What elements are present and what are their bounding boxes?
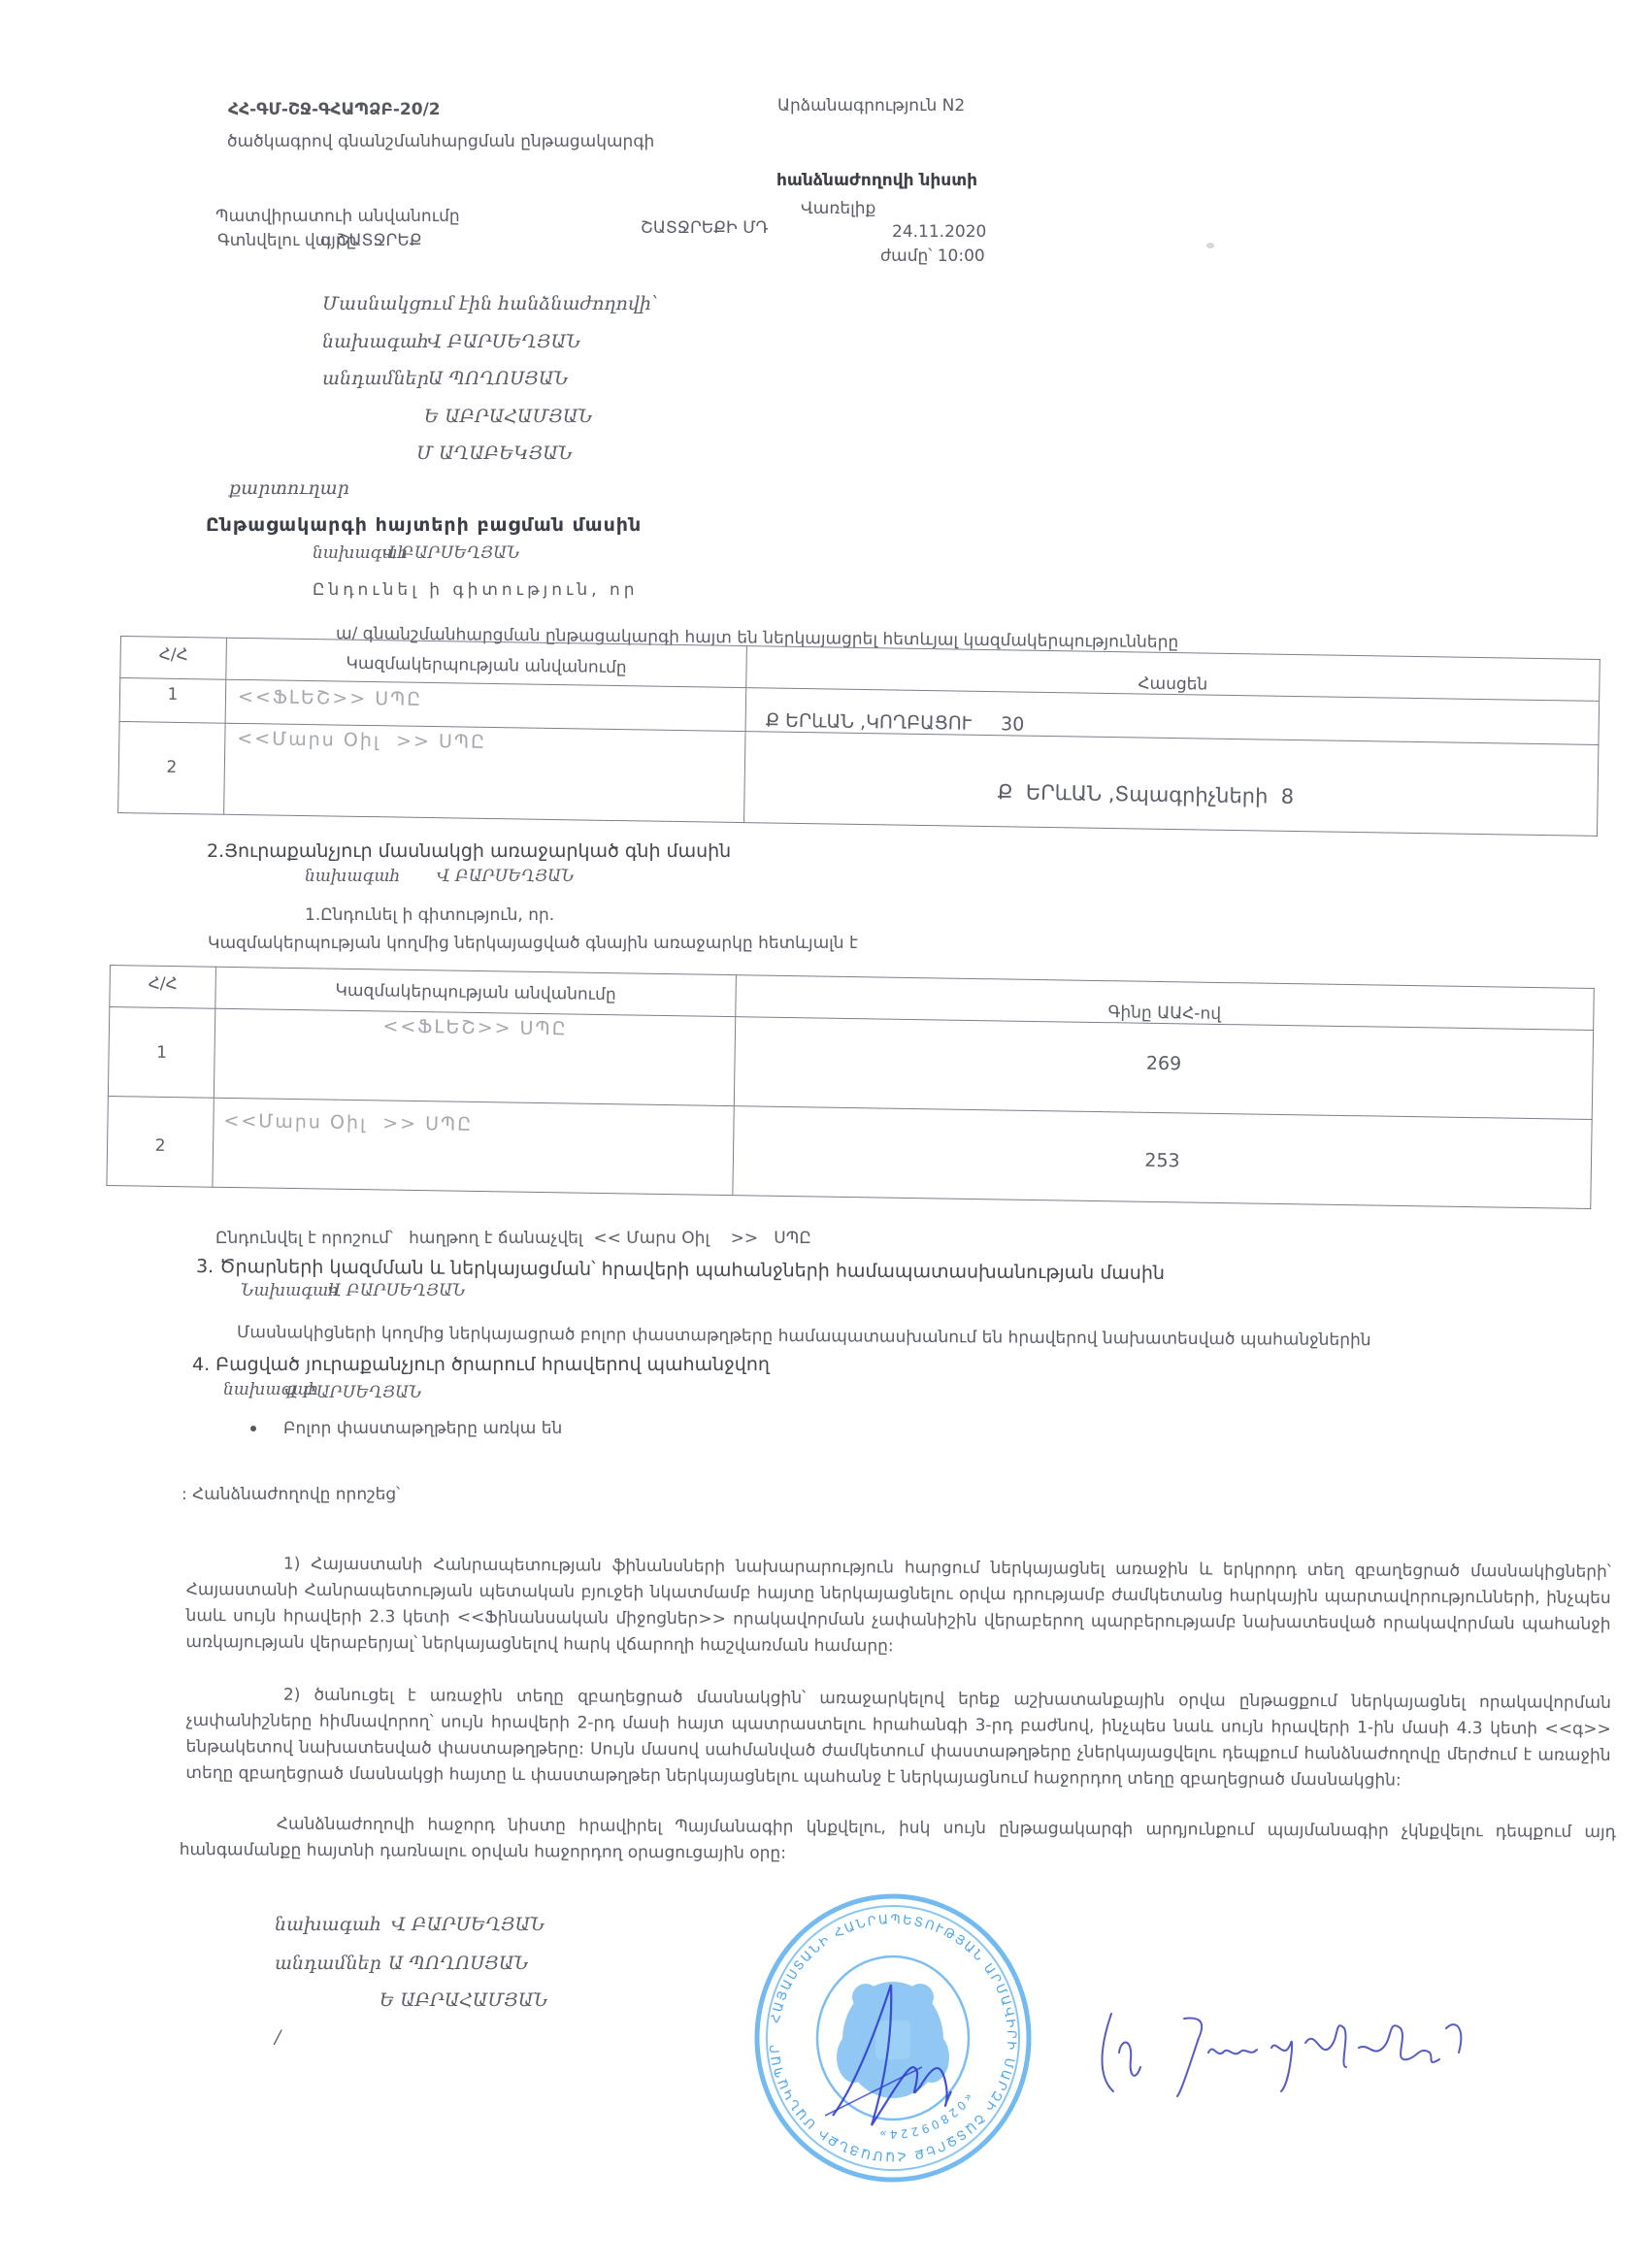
attendees-chair-label: նախագահ (322, 331, 429, 352)
signature-chair-label: նախագահ (275, 1914, 381, 1935)
customer-name: ՇԱՏՋՐԵՔԻ ՄԴ (641, 218, 768, 238)
signature-chair-name: Վ ԲԱՐՍԵՂՅԱՆ (391, 1914, 544, 1935)
section4-title: 4. Բացված յուրաքանչյուր ծրարում հրավերով… (192, 1354, 770, 1375)
procedure-type: ծածկագրով գնանշմանհարցման ընթացակարգի (227, 132, 654, 151)
session-label: հանձնաժողովի նիստի (776, 171, 977, 190)
section3-chair-name: Վ ԲԱՐՍԵՂՅԱՆ (328, 1281, 465, 1300)
bidder-num: 1 (119, 678, 226, 724)
member-signature (1092, 1999, 1597, 2106)
customer-label: Պատվիրատուի անվանումը (215, 207, 460, 226)
section2-intro: Կազմակերպության կողմից ներկայացված գնայի… (208, 934, 858, 953)
section1-note: Ընդունել ի գիտություն, որ (313, 580, 639, 600)
price-row-name: <<Մարս Օիլ >> ՍՊԸ (213, 1098, 734, 1195)
signature-members-label: անդամներ (275, 1953, 381, 1974)
section2-chair-label: նախագահ (305, 867, 400, 886)
winner-decision: Ընդունվել է որոշում՝ հաղթող է ճանաչվել <… (215, 1229, 811, 1248)
section4-chair-name: Վ ԲԱՐՍԵՂՅԱՆ (284, 1383, 421, 1402)
bidders-table: Հ/Հ Կազմակերպության անվանումը Հասցեն 1 <… (117, 636, 1600, 837)
section4-bullet-text: Բոլոր փաստաթղթերը առկա են (283, 1419, 562, 1438)
section1-title: Ընթացակարգի հայտերի բացման մասին (206, 514, 642, 536)
bidder-num: 2 (118, 721, 225, 814)
bullet-icon (250, 1426, 256, 1431)
prices-header-num: Հ/Հ (110, 966, 216, 1009)
price-row-value: 269 (734, 1017, 1593, 1120)
location-value: գ ՇԱՏՋՐԵՔ (320, 231, 422, 250)
protocol-title: Արձանագրություն N2 (777, 96, 965, 115)
signature-member-1: Ա ՊՈՂՈՍՅԱՆ (388, 1953, 528, 1974)
official-stamp: ՀԱՅԱՍՏԱՆԻ ՀԱՆՐԱՊԵՏՈՒԹՅԱՆ ԱՐՄԱՎԻՐԻ ՄԱՐԶԻ … (747, 1892, 1039, 2184)
attendee-member-1: Ա ՊՈՂՈՍՅԱՆ (428, 368, 568, 389)
price-row-name: <<ՖԼԵՇ>> ՍՊԸ (214, 1008, 735, 1105)
decision-paragraph-3: Հանձնաժողովի հաջորդ նիստը հրավիրել Պայմա… (180, 1811, 1616, 1872)
attendees-intro: Մասնակցում էին հանձնաժողովի՝ (322, 293, 658, 314)
secretary-label: քարտուղար (229, 477, 349, 499)
bidder-name: <<Մարս Օիլ >> ՍՊԸ (224, 723, 745, 822)
section3-text: Մասնակիցների կողմից ներկայացրած բոլոր փա… (237, 1323, 1371, 1350)
attendees-chair-name: Վ ԲԱՐՍԵՂՅԱՆ (427, 331, 580, 352)
decision-label: : Հանձնաժողովը որոշեց՝ (181, 1485, 400, 1504)
bidders-header-num: Հ/Հ (120, 637, 227, 680)
meeting-time: ժամը՝ 10:00 (880, 247, 985, 266)
prices-table: Հ/Հ Կազմակերպության անվանումը Գինը ԱԱՀ-ո… (106, 965, 1594, 1209)
section2-title: 2.Յուրաքանչյուր մասնակցի առաջարկած գնի մ… (207, 840, 731, 862)
section3-chair-label: Նախագահ (241, 1281, 339, 1300)
meeting-date: 24.11.2020 (892, 222, 986, 242)
scan-speck (1206, 243, 1214, 248)
section1-chair-name: Վ ԲԱՐՍԵՂՅԱՆ (382, 543, 519, 563)
attendees-members-label: անդամներ (322, 368, 429, 389)
signature-member-2: Ե ԱԲՐԱՀԱՄՅԱՆ (379, 1989, 547, 2011)
decision-paragraph-2: 2) ծանուցել է առաջին տեղը զբաղեցրած մասն… (185, 1682, 1611, 1795)
stray-mark: / (275, 2026, 280, 2048)
price-row-num: 1 (108, 1007, 214, 1099)
attendee-member-3: Մ ԱՂԱԲԵԿՅԱՆ (416, 443, 573, 464)
price-row-num: 2 (107, 1096, 214, 1187)
attendee-member-2: Ե ԱԲՐԱՀԱՄՅԱՆ (424, 406, 592, 427)
section3-title: 3. Ծրարների կազմման և ներկայացման՝ հրավե… (196, 1256, 1165, 1284)
bidder-address: Ք ԵՐևԱՆ ,Տպագրիչների 8 (744, 732, 1599, 837)
section2-note: 1.Ընդունել ի գիտություն, որ. (305, 905, 554, 925)
section2-chair-name: Վ ԲԱՐՍԵՂՅԱՆ (437, 867, 574, 886)
price-row-value: 253 (733, 1106, 1592, 1209)
document-code: ՀՀ-ԳՄ-ՇՋ-ԳՀԱՊՁԲ-20/2 (228, 100, 441, 119)
venue-label: Վառելիք (801, 199, 875, 218)
decision-paragraph-1: 1) Հայաստանի Հանրապետության ֆինանսների ն… (185, 1551, 1611, 1664)
